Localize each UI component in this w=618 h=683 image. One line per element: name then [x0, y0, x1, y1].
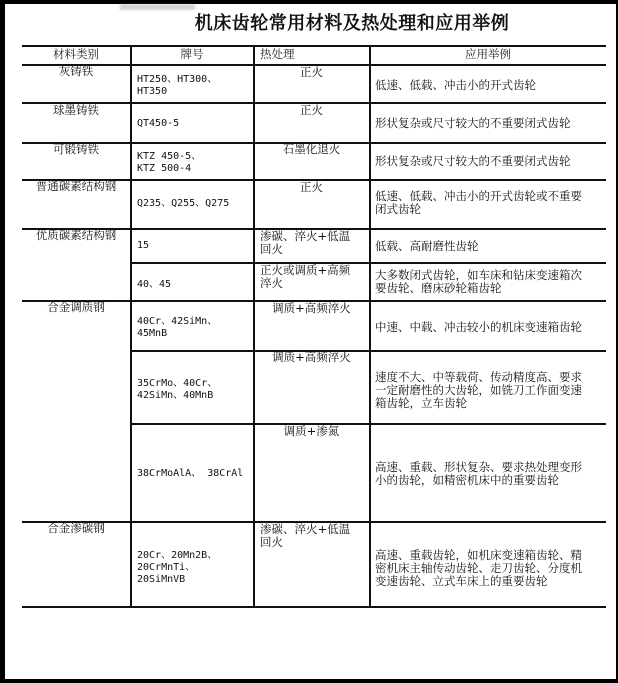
materials-table: 材料类别 牌号 热处理 应用举例 灰铸铁 HT250、HT300、 HT350 … [5, 4, 616, 679]
grade-cell: 38CrMoAlA、 38CrAl [137, 468, 243, 480]
treatment-cell: 调质+渗氮 [254, 425, 369, 438]
grade-cell: 15 [137, 240, 149, 252]
application-cell: 高速、重载齿轮，如机床变速箱齿轮、精 密机床主轴传动齿轮、走刀齿轮、分度机 变速… [375, 549, 582, 588]
treatment-cell: 石墨化退火 [254, 143, 369, 156]
column-divider [253, 45, 255, 607]
treatment-cell: 正火 [254, 104, 369, 117]
application-cell: 低速、低载、冲击小的开式齿轮或不重要 闭式齿轮 [375, 190, 582, 216]
table-top-border [22, 45, 606, 47]
header-treatment: 热处理 [260, 48, 295, 61]
grade-cell: HT250、HT300、 HT350 [137, 74, 217, 98]
category-cell: 球墨铸铁 [22, 104, 130, 117]
category-cell: 合金渗碳钢 [22, 522, 130, 535]
header-application: 应用举例 [370, 48, 606, 61]
treatment-cell: 调质+高频淬火 [254, 351, 369, 364]
row-divider [130, 262, 606, 264]
treatment-cell: 渗碳、淬火+低温 回火 [260, 523, 350, 549]
category-cell: 合金调质钢 [22, 301, 130, 314]
application-cell: 低速、低载、冲击小的开式齿轮 [375, 79, 536, 92]
table-bottom-border [22, 606, 606, 608]
application-cell: 高速、重载、形状复杂、要求热处理变形 小的齿轮，如精密机床中的重要齿轮 [375, 461, 582, 487]
application-cell: 形状复杂或尺寸较大的不重要闭式齿轮 [375, 117, 571, 130]
category-cell: 优质碳素结构钢 [22, 229, 130, 242]
grade-cell: QT450-5 [137, 118, 179, 130]
application-cell: 低载、高耐磨性齿轮 [375, 240, 479, 253]
category-cell: 灰铸铁 [22, 65, 130, 78]
treatment-cell: 调质+高频淬火 [254, 302, 369, 315]
application-cell: 中速、中载、冲击较小的机床变速箱齿轮 [375, 321, 582, 334]
grade-cell: KTZ 450-5、 KTZ 500-4 [137, 151, 201, 175]
treatment-cell: 正火 [254, 181, 369, 194]
grade-cell: Q235、Q255、Q275 [137, 198, 229, 210]
category-cell: 可锻铸铁 [22, 143, 130, 156]
column-divider [369, 45, 371, 607]
category-cell: 普通碳素结构钢 [22, 180, 130, 193]
application-cell: 大多数闭式齿轮，如车床和钻床变速箱次 要齿轮、磨床砂轮箱齿轮 [375, 269, 582, 295]
treatment-cell: 正火 [254, 66, 369, 79]
header-grade: 牌号 [131, 48, 253, 61]
treatment-cell: 正火或调质+高频 淬火 [260, 264, 350, 290]
treatment-cell: 渗碳、淬火+低温 回火 [260, 230, 350, 256]
document-page: 机床齿轮常用材料及热处理和应用举例 材料类别 牌号 热处理 应用举例 灰铸铁 H… [5, 4, 616, 679]
grade-cell: 35CrMo、40Cr、 42SiMn、40MnB [137, 378, 217, 402]
grade-cell: 20Cr、20Mn2B、 20CrMnTi、 20SiMnVB [137, 550, 217, 586]
grade-cell: 40、45 [137, 279, 171, 291]
grade-cell: 40Cr、42SiMn、 45MnB [137, 316, 217, 340]
header-category: 材料类别 [22, 48, 130, 61]
application-cell: 速度不大、中等载荷、传动精度高、要求 一定耐磨性的大齿轮，如铣刀工作面变速 箱齿… [375, 371, 582, 410]
column-divider [130, 45, 132, 607]
application-cell: 形状复杂或尺寸较大的不重要闭式齿轮 [375, 155, 571, 168]
